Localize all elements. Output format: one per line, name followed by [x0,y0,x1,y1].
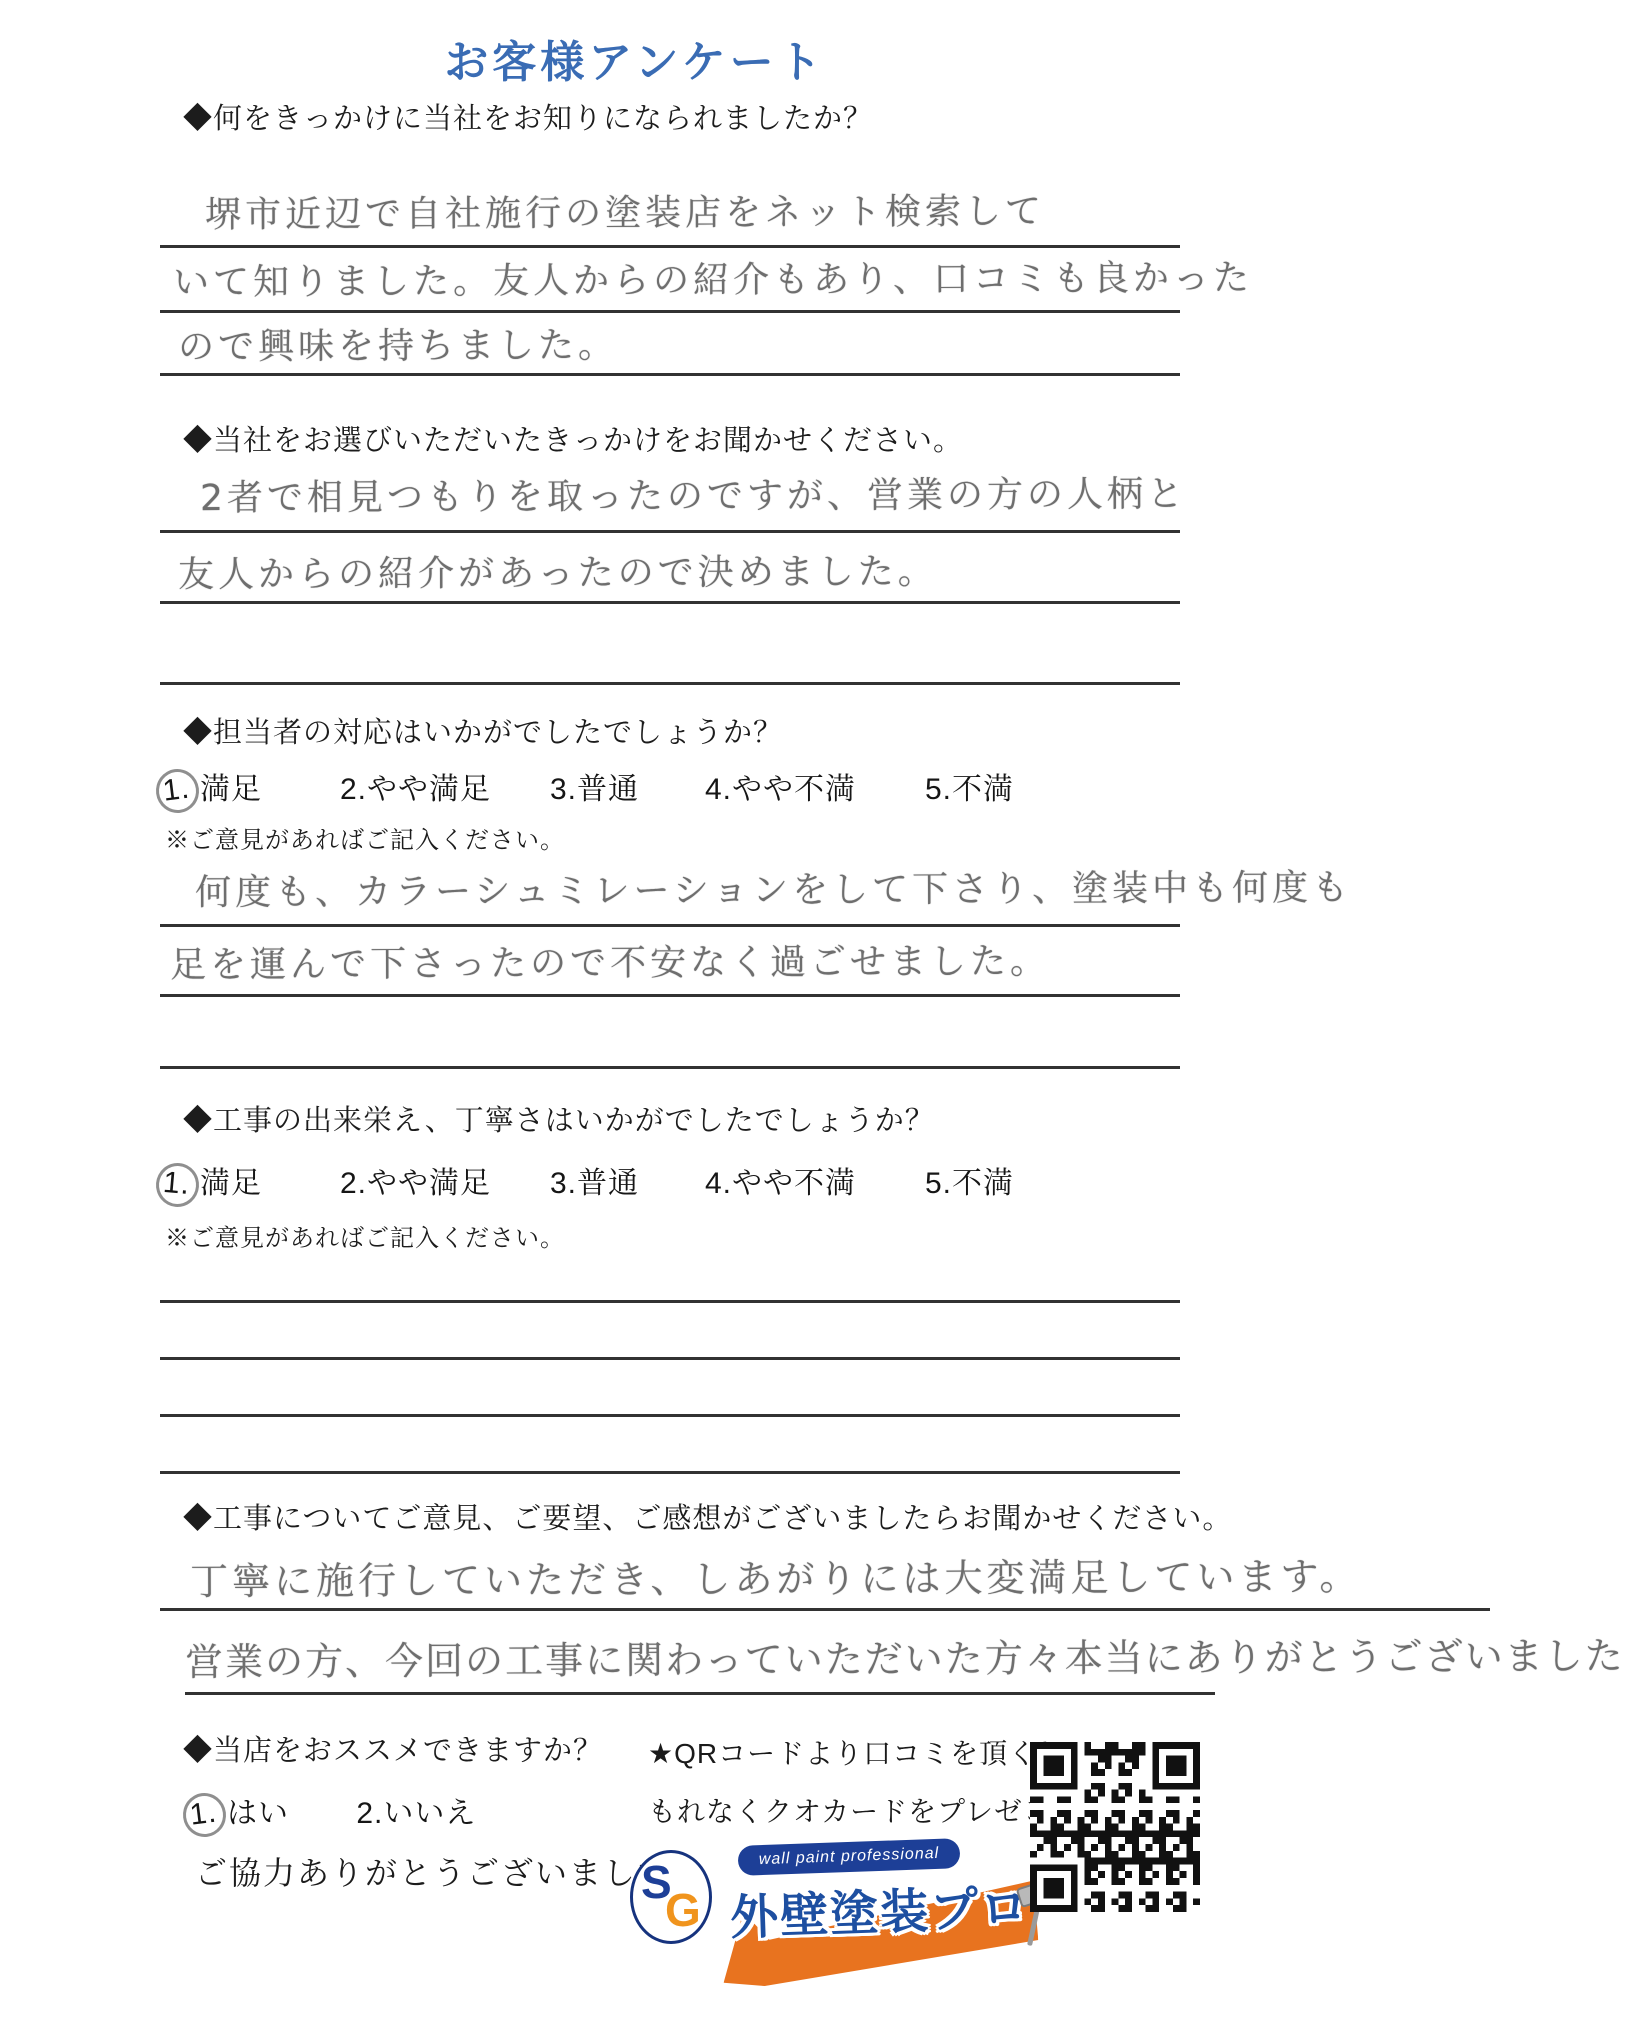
q2-answer-line-2: 友人からの紹介があったので決めました。 [178,543,938,597]
q4-rating-scale: 1.満足 2.やや満足 3.普通 4.やや不満 5.不満 [0,1158,1645,1198]
pencil-circle-mark: 1. [153,767,201,816]
q1-answer-line-2: いて知りました。友人からの紹介もあり、口コミも良かった [173,250,1253,306]
q4-scale-option-4: 4.やや不満 [705,1158,856,1202]
ruled-line [160,1471,1180,1474]
scale-num: 3. [550,1167,577,1200]
q2-answer-line-1: 2者で相見つもりを取ったのですが、営業の方の人柄と [200,466,1187,521]
scale-label: 普通 [577,773,639,806]
q6-option-yes-selected: 1.はい [190,1797,289,1830]
q4-comment-note: ※ご意見があればご記入ください。 [165,1218,565,1253]
scale-num: 3. [550,773,577,806]
page-title: お客様アンケート [0,26,1270,90]
q3-comment-note: ※ご意見があればご記入ください。 [165,820,565,855]
ruled-line [160,994,1180,997]
question-1-label: ◆何をきっかけに当社をお知りになられましたか？ [183,96,873,137]
ruled-line [160,245,1180,248]
pencil-circle-mark: 1. [180,1791,228,1840]
q3-rating-scale: 1.満足 2.やや満足 3.普通 4.やや不満 5.不満 [0,764,1645,804]
q1-answer-line-1: 堺市近辺で自社施行の塗装店をネット検索して [205,183,1045,238]
logo-ribbon-text: wall paint professional [738,1838,961,1876]
ruled-line [185,1692,1215,1695]
q4-scale-option-5: 5.不満 [925,1158,1014,1202]
scale-label: やや満足 [367,1167,491,1200]
ruled-line [160,924,1180,927]
scale-label: 満足 [200,773,262,806]
scale-num: 4. [705,773,732,806]
q6-option-no: 2.いいえ [356,1797,476,1830]
ruled-line [160,1357,1180,1360]
scale-label: 不満 [952,773,1014,806]
question-6-label: ◆当店をおススメできますか？ [183,1728,603,1769]
q3-scale-option-1-selected: 1.満足 [163,764,262,809]
logo-brand-name: 外壁塗装プロ [729,1869,1031,1948]
q5-answer-line-1: 丁寧に施行していただき、しあがりには大変満足しています。 [190,1545,1362,1605]
q3-scale-option-4: 4.やや不満 [705,764,856,808]
ruled-line [160,682,1180,685]
promo-line-1: ★QRコードより口コミを頂くと [648,1732,1066,1772]
ruled-line [160,1300,1180,1303]
ruled-line [160,310,1180,313]
ruled-line [160,1414,1180,1417]
q3-scale-option-3: 3.普通 [550,764,639,808]
option-num: 2. [356,1797,383,1830]
scale-label: 満足 [200,1167,262,1200]
question-4-label: ◆工事の出来栄え、丁寧さはいかがでしたでしょうか？ [183,1098,935,1139]
option-label: はい [227,1797,289,1830]
company-logo: S G wall paint professional 外壁塗装プロ [626,1842,1056,2007]
q4-scale-option-3: 3.普通 [550,1158,639,1202]
q3-answer-line-2: 足を運んで下さったので不安なく過ごせました。 [170,933,1050,988]
ruled-line [160,1066,1180,1069]
sg-emblem-icon: S G [630,1850,712,1944]
ruled-line [160,530,1180,533]
scale-num: 2. [340,773,367,806]
survey-page: お客様アンケート ◆何をきっかけに当社をお知りになられましたか？ 堺市近辺で自社… [0,0,1645,2029]
scale-num: 2. [340,1167,367,1200]
option-label: いいえ [383,1797,476,1830]
q5-answer-line-2: 営業の方、今回の工事に関わっていただいた方々本当にありがとうございました [185,1625,1625,1686]
qr-code [1030,1742,1200,1912]
scale-num: 5. [925,773,952,806]
ruled-line [160,373,1180,376]
scale-label: やや不満 [732,773,856,806]
ruled-line [160,1608,1490,1611]
q4-scale-option-1-selected: 1.満足 [163,1158,262,1203]
q3-scale-option-2: 2.やや満足 [340,764,491,808]
scale-label: 不満 [952,1167,1014,1200]
emblem-letter-g: G [665,1883,701,1937]
q4-scale-option-2: 2.やや満足 [340,1158,491,1202]
q6-options: 1.はい 2.いいえ [190,1788,476,1833]
q1-answer-line-3: ので興味を持ちました。 [178,317,618,370]
scale-num: 4. [705,1167,732,1200]
q3-scale-option-5: 5.不満 [925,764,1014,808]
q3-answer-line-1: 何度も、カラーシュミレーションをして下さり、塗装中も何度も [195,859,1352,915]
question-3-label: ◆担当者の対応はいかがでしたでしょうか？ [183,710,783,751]
question-5-label: ◆工事についてご意見、ご要望、ご感想がございましたらお聞かせください。 [183,1496,1232,1537]
scale-label: 普通 [577,1167,639,1200]
ruled-line [160,601,1180,604]
scale-num: 5. [925,1167,952,1200]
question-2-label: ◆当社をお選びいただいたきっかけをお聞かせください。 [183,418,963,459]
scale-label: やや満足 [367,773,491,806]
scale-label: やや不満 [732,1167,856,1200]
pencil-circle-mark: 1. [154,1161,201,1209]
